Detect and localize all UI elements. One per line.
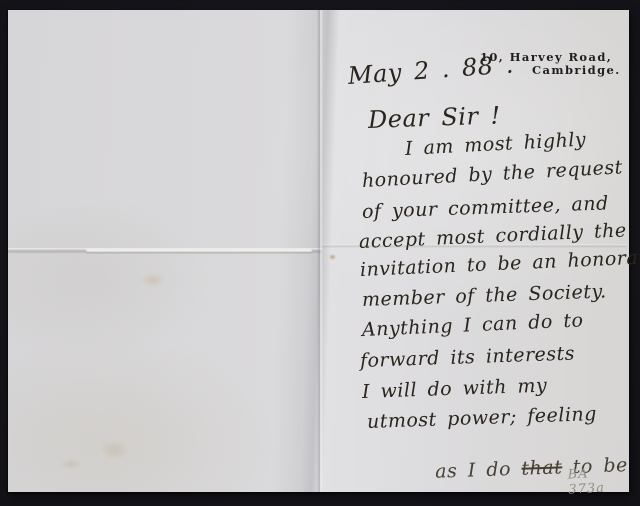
archival-number-annotation: BA 373a (567, 464, 629, 497)
closing-text-prefix: as I do (435, 458, 522, 483)
struck-out-word: that (521, 456, 563, 479)
letter-body-line: honoured by the request (361, 156, 623, 192)
letter-body-line: utmost power; feeling (367, 403, 598, 433)
paper-stain (140, 272, 166, 288)
letter-body-line: forward its interests (360, 343, 576, 372)
letter-body-line: invitation to be an honorary (360, 246, 640, 281)
paper-stain (60, 458, 82, 470)
letter-paper: 10, Harvey Road, Cambridge. May 2 . 88 .… (8, 10, 629, 492)
crease-worn-edge (86, 249, 312, 252)
letter-body-line: of your committee, and (362, 192, 609, 223)
letter-body-line: Anything I can do to (362, 309, 584, 341)
paper-stain (329, 254, 336, 260)
letter-body-line: I am most highly (404, 129, 586, 160)
photo-background: 10, Harvey Road, Cambridge. May 2 . 88 .… (0, 0, 640, 506)
center-fold-crease (317, 10, 323, 492)
letter-body-line: member of the Society. (362, 280, 607, 311)
letter-salutation: Dear Sir ! (368, 101, 502, 134)
letter-body-line: I will do with my (362, 375, 548, 403)
paper-stain (100, 440, 130, 460)
letter-date: May 2 . 88 . (347, 50, 515, 90)
